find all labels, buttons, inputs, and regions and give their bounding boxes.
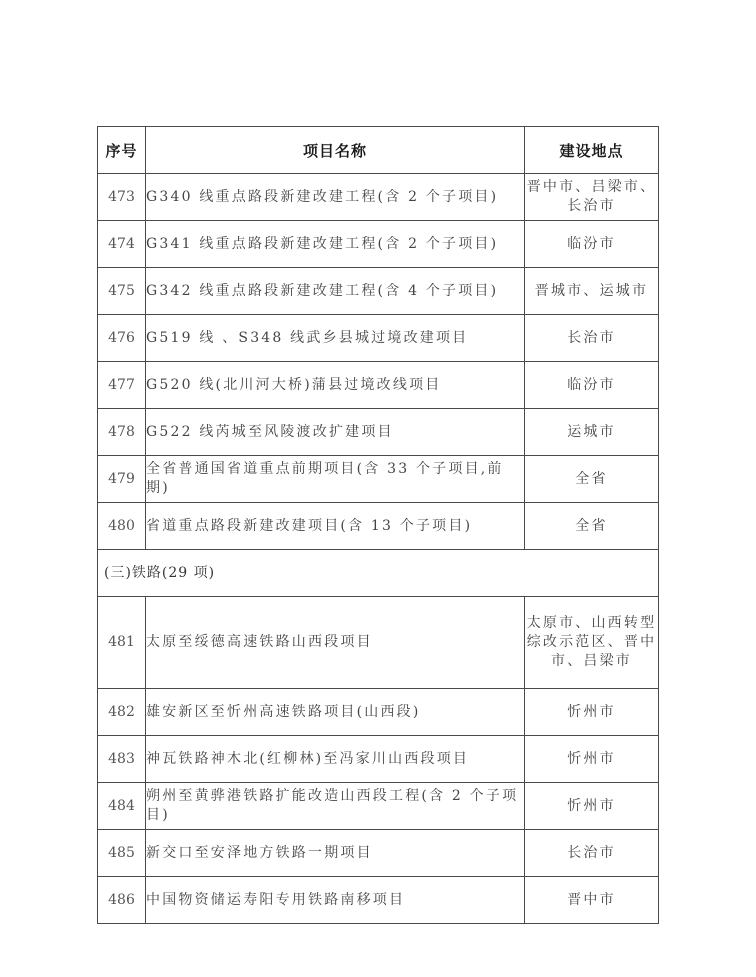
table-row: 473 G340 线重点路段新建改建工程(含 2 个子项目) 晋中市、吕梁市、长…: [98, 174, 659, 221]
row-location: 临汾市: [525, 221, 659, 268]
section-header-row: (三)铁路(29 项): [98, 550, 659, 597]
header-project-name: 项目名称: [146, 127, 525, 174]
row-project-name: 雄安新区至忻州高速铁路项目(山西段): [146, 689, 525, 736]
row-location: 全省: [525, 503, 659, 550]
row-project-name: G340 线重点路段新建改建工程(含 2 个子项目): [146, 174, 525, 221]
row-serial-number: 473: [98, 174, 146, 221]
row-serial-number: 486: [98, 877, 146, 924]
row-serial-number: 483: [98, 736, 146, 783]
table-row: 485 新交口至安泽地方铁路一期项目 长治市: [98, 830, 659, 877]
row-location: 全省: [525, 456, 659, 503]
row-location: 临汾市: [525, 362, 659, 409]
table-row: 483 神瓦铁路神木北(红柳林)至冯家川山西段项目 忻州市: [98, 736, 659, 783]
row-project-name: G519 线 、S348 线武乡县城过境改建项目: [146, 315, 525, 362]
row-location: 忻州市: [525, 783, 659, 830]
row-project-name: G522 线芮城至风陵渡改扩建项目: [146, 409, 525, 456]
row-project-name: G341 线重点路段新建改建工程(含 2 个子项目): [146, 221, 525, 268]
table-row: 481 太原至绥德高速铁路山西段项目 太原市、山西转型综改示范区、晋中市、吕梁市: [98, 597, 659, 689]
section-title-railway: (三)铁路(29 项): [98, 550, 659, 597]
document-page: 序号 项目名称 建设地点 473 G340 线重点路段新建改建工程(含 2 个子…: [97, 126, 658, 924]
row-location: 运城市: [525, 409, 659, 456]
table-header-row: 序号 项目名称 建设地点: [98, 127, 659, 174]
row-project-name: G342 线重点路段新建改建工程(含 4 个子项目): [146, 268, 525, 315]
row-serial-number: 485: [98, 830, 146, 877]
row-location: 长治市: [525, 830, 659, 877]
header-location: 建设地点: [525, 127, 659, 174]
row-location: 长治市: [525, 315, 659, 362]
row-project-name: 神瓦铁路神木北(红柳林)至冯家川山西段项目: [146, 736, 525, 783]
row-location: 太原市、山西转型综改示范区、晋中市、吕梁市: [525, 597, 659, 689]
table-row: 474 G341 线重点路段新建改建工程(含 2 个子项目) 临汾市: [98, 221, 659, 268]
table-row: 479 全省普通国省道重点前期项目(含 33 个子项目,前期) 全省: [98, 456, 659, 503]
row-project-name: 全省普通国省道重点前期项目(含 33 个子项目,前期): [146, 456, 525, 503]
row-location: 晋城市、运城市: [525, 268, 659, 315]
row-serial-number: 475: [98, 268, 146, 315]
row-project-name: G520 线(北川河大桥)蒲县过境改线项目: [146, 362, 525, 409]
row-serial-number: 474: [98, 221, 146, 268]
table-row: 476 G519 线 、S348 线武乡县城过境改建项目 长治市: [98, 315, 659, 362]
row-location: 晋中市、吕梁市、长治市: [525, 174, 659, 221]
row-serial-number: 479: [98, 456, 146, 503]
row-location: 忻州市: [525, 689, 659, 736]
row-location: 晋中市: [525, 877, 659, 924]
table-row: 475 G342 线重点路段新建改建工程(含 4 个子项目) 晋城市、运城市: [98, 268, 659, 315]
row-project-name: 中国物资储运寿阳专用铁路南移项目: [146, 877, 525, 924]
row-project-name: 新交口至安泽地方铁路一期项目: [146, 830, 525, 877]
row-project-name: 省道重点路段新建改建项目(含 13 个子项目): [146, 503, 525, 550]
row-project-name: 朔州至黄骅港铁路扩能改造山西段工程(含 2 个子项目): [146, 783, 525, 830]
row-serial-number: 481: [98, 597, 146, 689]
header-serial-number: 序号: [98, 127, 146, 174]
table-row: 486 中国物资储运寿阳专用铁路南移项目 晋中市: [98, 877, 659, 924]
table-row: 482 雄安新区至忻州高速铁路项目(山西段) 忻州市: [98, 689, 659, 736]
table-row: 478 G522 线芮城至风陵渡改扩建项目 运城市: [98, 409, 659, 456]
row-location: 忻州市: [525, 736, 659, 783]
row-serial-number: 477: [98, 362, 146, 409]
row-serial-number: 484: [98, 783, 146, 830]
table-row: 484 朔州至黄骅港铁路扩能改造山西段工程(含 2 个子项目) 忻州市: [98, 783, 659, 830]
table-row: 480 省道重点路段新建改建项目(含 13 个子项目) 全省: [98, 503, 659, 550]
row-serial-number: 480: [98, 503, 146, 550]
table-row: 477 G520 线(北川河大桥)蒲县过境改线项目 临汾市: [98, 362, 659, 409]
row-serial-number: 482: [98, 689, 146, 736]
row-project-name: 太原至绥德高速铁路山西段项目: [146, 597, 525, 689]
row-serial-number: 478: [98, 409, 146, 456]
row-serial-number: 476: [98, 315, 146, 362]
project-table: 序号 项目名称 建设地点 473 G340 线重点路段新建改建工程(含 2 个子…: [97, 126, 659, 924]
